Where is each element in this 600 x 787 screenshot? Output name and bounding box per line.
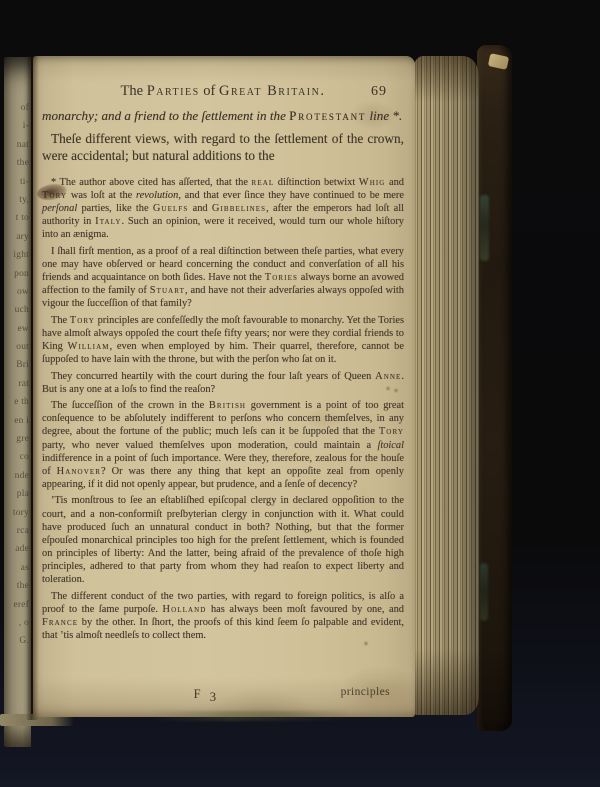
text-segment: The bbox=[121, 83, 147, 99]
page-footer: F3 principles bbox=[42, 686, 404, 704]
book-page: The Parties of Great Britain. 69 monarch… bbox=[33, 56, 415, 717]
paper-speck bbox=[393, 388, 399, 393]
text-segment: perſonal bbox=[42, 203, 77, 214]
text-segment: ’Tis monſtrous to ſee an eſtabliſhed epi… bbox=[42, 495, 404, 585]
text-segment: diſtinction betwixt bbox=[274, 177, 359, 188]
book-scan-viewport: ofi-nattheti-ty,t toaryightponowuchewout… bbox=[0, 0, 600, 787]
main-paragraph: Theſe different views, with regard to th… bbox=[42, 130, 404, 165]
text-segment: Holland bbox=[162, 604, 206, 615]
text-segment: of bbox=[200, 83, 219, 99]
page-title: The Parties of Great Britain. bbox=[121, 83, 326, 99]
text-segment: The bbox=[51, 315, 70, 326]
text-segment: ſtoical bbox=[377, 440, 404, 451]
text-segment: Tory bbox=[70, 315, 95, 326]
text-segment: and bbox=[385, 177, 404, 188]
signature-number: 3 bbox=[210, 689, 217, 705]
text-segment: Stuart bbox=[150, 285, 185, 296]
bottom-edge-smear bbox=[150, 711, 350, 721]
text-segment: * The author above cited has aſſerted, t… bbox=[51, 177, 252, 188]
footnote-paragraph: I ſhall firſt mention, as a proof of a r… bbox=[42, 245, 404, 310]
footnote-paragraph: The different conduct of the two parties… bbox=[42, 590, 404, 642]
text-segment: Anne bbox=[375, 371, 401, 382]
footnote-paragraph: * The author above cited has aſſerted, t… bbox=[42, 176, 404, 241]
text-segment: Whig bbox=[359, 177, 386, 188]
text-segment: Gibbelines bbox=[212, 203, 266, 214]
text-segment: Great Britain. bbox=[219, 83, 325, 99]
text-segment: by the other. In ſhort, the proofs of th… bbox=[42, 617, 404, 641]
text-segment: was loſt at the bbox=[67, 190, 136, 201]
text-segment: real bbox=[252, 177, 275, 188]
text-segment: Parties bbox=[147, 83, 200, 99]
footnote-paragraph: The Tory principles are confeſſedly the … bbox=[42, 314, 404, 366]
text-segment: Tories bbox=[265, 272, 298, 283]
text-segment: Theſe different views, with regard to th… bbox=[42, 131, 404, 164]
text-segment: has always been moſt favoured by one, an… bbox=[206, 604, 404, 615]
page-body: monarchy; and a friend to the ſettlement… bbox=[42, 107, 404, 642]
page-number: 69 bbox=[371, 84, 387, 100]
text-segment: They concurred heartily with the court d… bbox=[51, 371, 375, 382]
running-header: The Parties of Great Britain. 69 bbox=[42, 83, 404, 102]
text-segment: Tory bbox=[379, 426, 404, 437]
text-segment: The ſucceſſion of the crown in the bbox=[51, 400, 209, 411]
paper-speck bbox=[363, 641, 369, 646]
text-segment: William bbox=[68, 341, 110, 352]
text-segment: Guelfs bbox=[153, 203, 189, 214]
signature-letter: F bbox=[194, 687, 201, 701]
text-segment: monarchy; and a friend to the ſettlement… bbox=[42, 108, 289, 123]
footnote-paragraph: They concurred heartily with the court d… bbox=[42, 370, 404, 396]
text-segment: party, who never valued themſelves upon … bbox=[42, 440, 377, 451]
text-segment: revolution bbox=[136, 190, 178, 201]
text-segment: parties, like the bbox=[77, 203, 153, 214]
text-segment: Hanover bbox=[57, 466, 101, 477]
footnote-paragraph: The ſucceſſion of the crown in the Briti… bbox=[42, 399, 404, 491]
continuation-lines: monarchy; and a friend to the ſettlement… bbox=[42, 107, 404, 125]
text-segment: France bbox=[42, 617, 78, 628]
catchword: principles bbox=[341, 686, 390, 698]
text-segment: Protestant bbox=[289, 108, 366, 123]
gutter-shadow bbox=[26, 56, 39, 720]
text-segment: Italy bbox=[95, 216, 121, 227]
fore-edge-page-stack bbox=[413, 56, 479, 715]
text-segment: , and that ever ſince they have continue… bbox=[178, 190, 404, 201]
paper-speck bbox=[385, 386, 391, 391]
text-segment: British bbox=[209, 400, 246, 411]
book-cover-edge bbox=[477, 45, 512, 731]
signature-mark: F3 bbox=[194, 686, 216, 702]
text-segment: line *. bbox=[366, 108, 402, 123]
text-segment: and bbox=[188, 203, 212, 214]
footnote-paragraph: ’Tis monſtrous to ſee an eſtabliſhed epi… bbox=[42, 494, 404, 586]
